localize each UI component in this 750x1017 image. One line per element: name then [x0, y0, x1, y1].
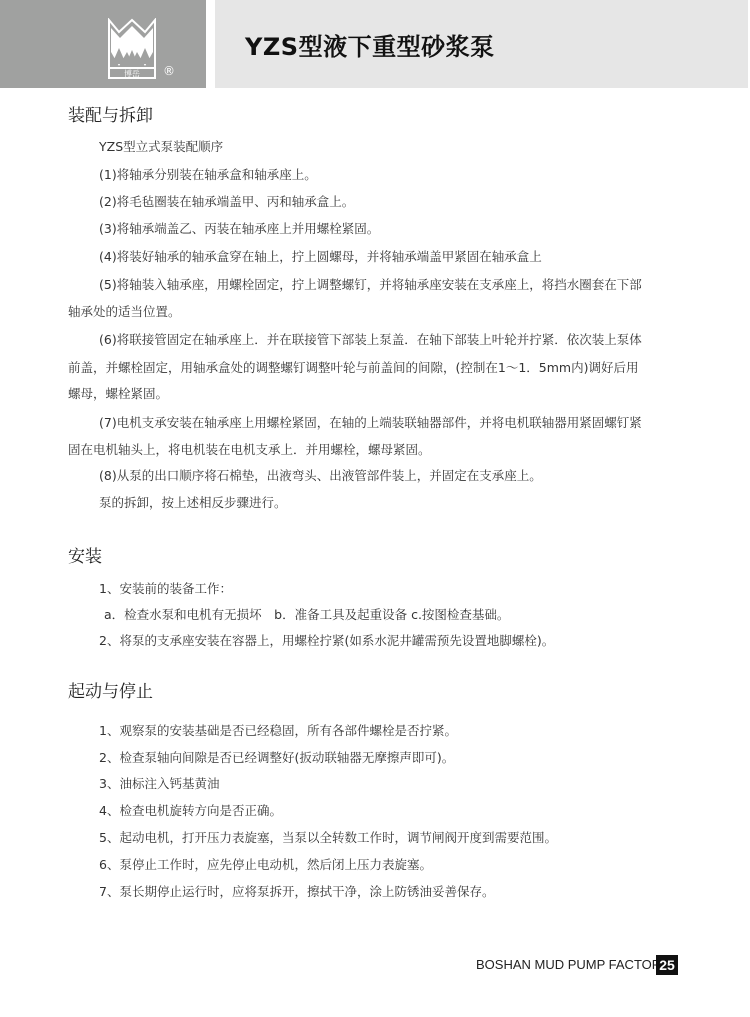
paragraph-line: (4)将装好轴承的轴承盒穿在轴上，拧上圆螺母，并将轴承端盖甲紧固在轴承盒上 [99, 248, 542, 266]
paragraph-line: a．检查水泵和电机有无损坏 b．准备工具及起重设备 c.按图检查基础。 [104, 606, 509, 624]
paragraph-line: (1)将轴承分别装在轴承盒和轴承座上。 [99, 166, 317, 184]
paragraph-line: (8)从泵的出口顺序将石棉垫，出液弯头、出液管部件装上，并固定在支承座上。 [99, 467, 542, 485]
paragraph-line: 7、泵长期停止运行时，应将泵拆开，擦拭干净，涂上防锈油妥善保存。 [99, 883, 494, 901]
paragraph-line: 前盖，并螺栓固定，用轴承盒处的调整螺钉调整叶轮与前盖间的间隙，(控制在1～1．5… [68, 359, 638, 377]
paragraph-line: 轴承处的适当位置。 [68, 303, 181, 321]
logo-banner: 博岳 ® [0, 0, 206, 88]
paragraph-line: (5)将轴装入轴承座，用螺栓固定，拧上调整螺钉，并将轴承座安装在支承座上，将挡水… [99, 276, 642, 294]
paragraph-line: 螺母，螺栓紧固。 [68, 385, 168, 403]
paragraph-line: YZS型立式泵装配顺序 [99, 138, 223, 156]
section-heading: 安装 [68, 546, 102, 568]
section-heading: 起动与停止 [68, 681, 153, 703]
paragraph-line: (2)将毛毡圈装在轴承端盖甲、丙和轴承盒上。 [99, 193, 354, 211]
paragraph-line: (6)将联接管固定在轴承座上．并在联接管下部装上泵盖．在轴下部装上叶轮并拧紧．依… [99, 331, 642, 349]
paragraph-line: 1、安装前的装备工作： [99, 580, 232, 598]
paragraph-line: 2、将泵的支承座安装在容器上，用螺栓拧紧(如系水泥井罐需预先设置地脚螺栓)。 [99, 632, 554, 650]
paragraph-line: 6、泵停止工作时，应先停止电动机，然后闭上压力表旋塞。 [99, 856, 432, 874]
title-band: YZS型液下重型砂浆泵 [215, 0, 748, 88]
paragraph-line: 5、起动电机，打开压力表旋塞，当泵以全转数工作时，调节闸阀开度到需要范围。 [99, 829, 557, 847]
paragraph-line: 2、检查泵轴向间隙是否已经调整好(扳动联轴器无摩擦声即可)。 [99, 749, 454, 767]
footer-company: BOSHAN MUD PUMP FACTORY [476, 956, 670, 974]
crown-logo-icon: 博岳 [107, 18, 157, 80]
page-title: YZS型液下重型砂浆泵 [245, 32, 495, 62]
page-number: 25 [656, 955, 678, 975]
section-heading: 装配与拆卸 [68, 105, 153, 127]
paragraph-line: 泵的拆卸，按上述相反步骤进行。 [99, 494, 287, 512]
paragraph-line: 3、油标注入钙基黄油 [99, 775, 219, 793]
svg-text:博岳: 博岳 [124, 69, 140, 79]
paragraph-line: 1、观察泵的安装基础是否已经稳固，所有各部件螺栓是否拧紧。 [99, 722, 457, 740]
paragraph-line: 4、检查电机旋转方向是否正确。 [99, 802, 282, 820]
paragraph-line: 固在电机轴头上，将电机装在电机支承上．并用螺栓，螺母紧固。 [68, 441, 431, 459]
paragraph-line: (3)将轴承端盖乙、丙装在轴承座上并用螺栓紧固。 [99, 220, 379, 238]
registered-mark: ® [163, 64, 175, 78]
paragraph-line: (7)电机支承安装在轴承座上用螺栓紧固，在轴的上端装联轴器部件，并将电机联轴器用… [99, 414, 642, 432]
